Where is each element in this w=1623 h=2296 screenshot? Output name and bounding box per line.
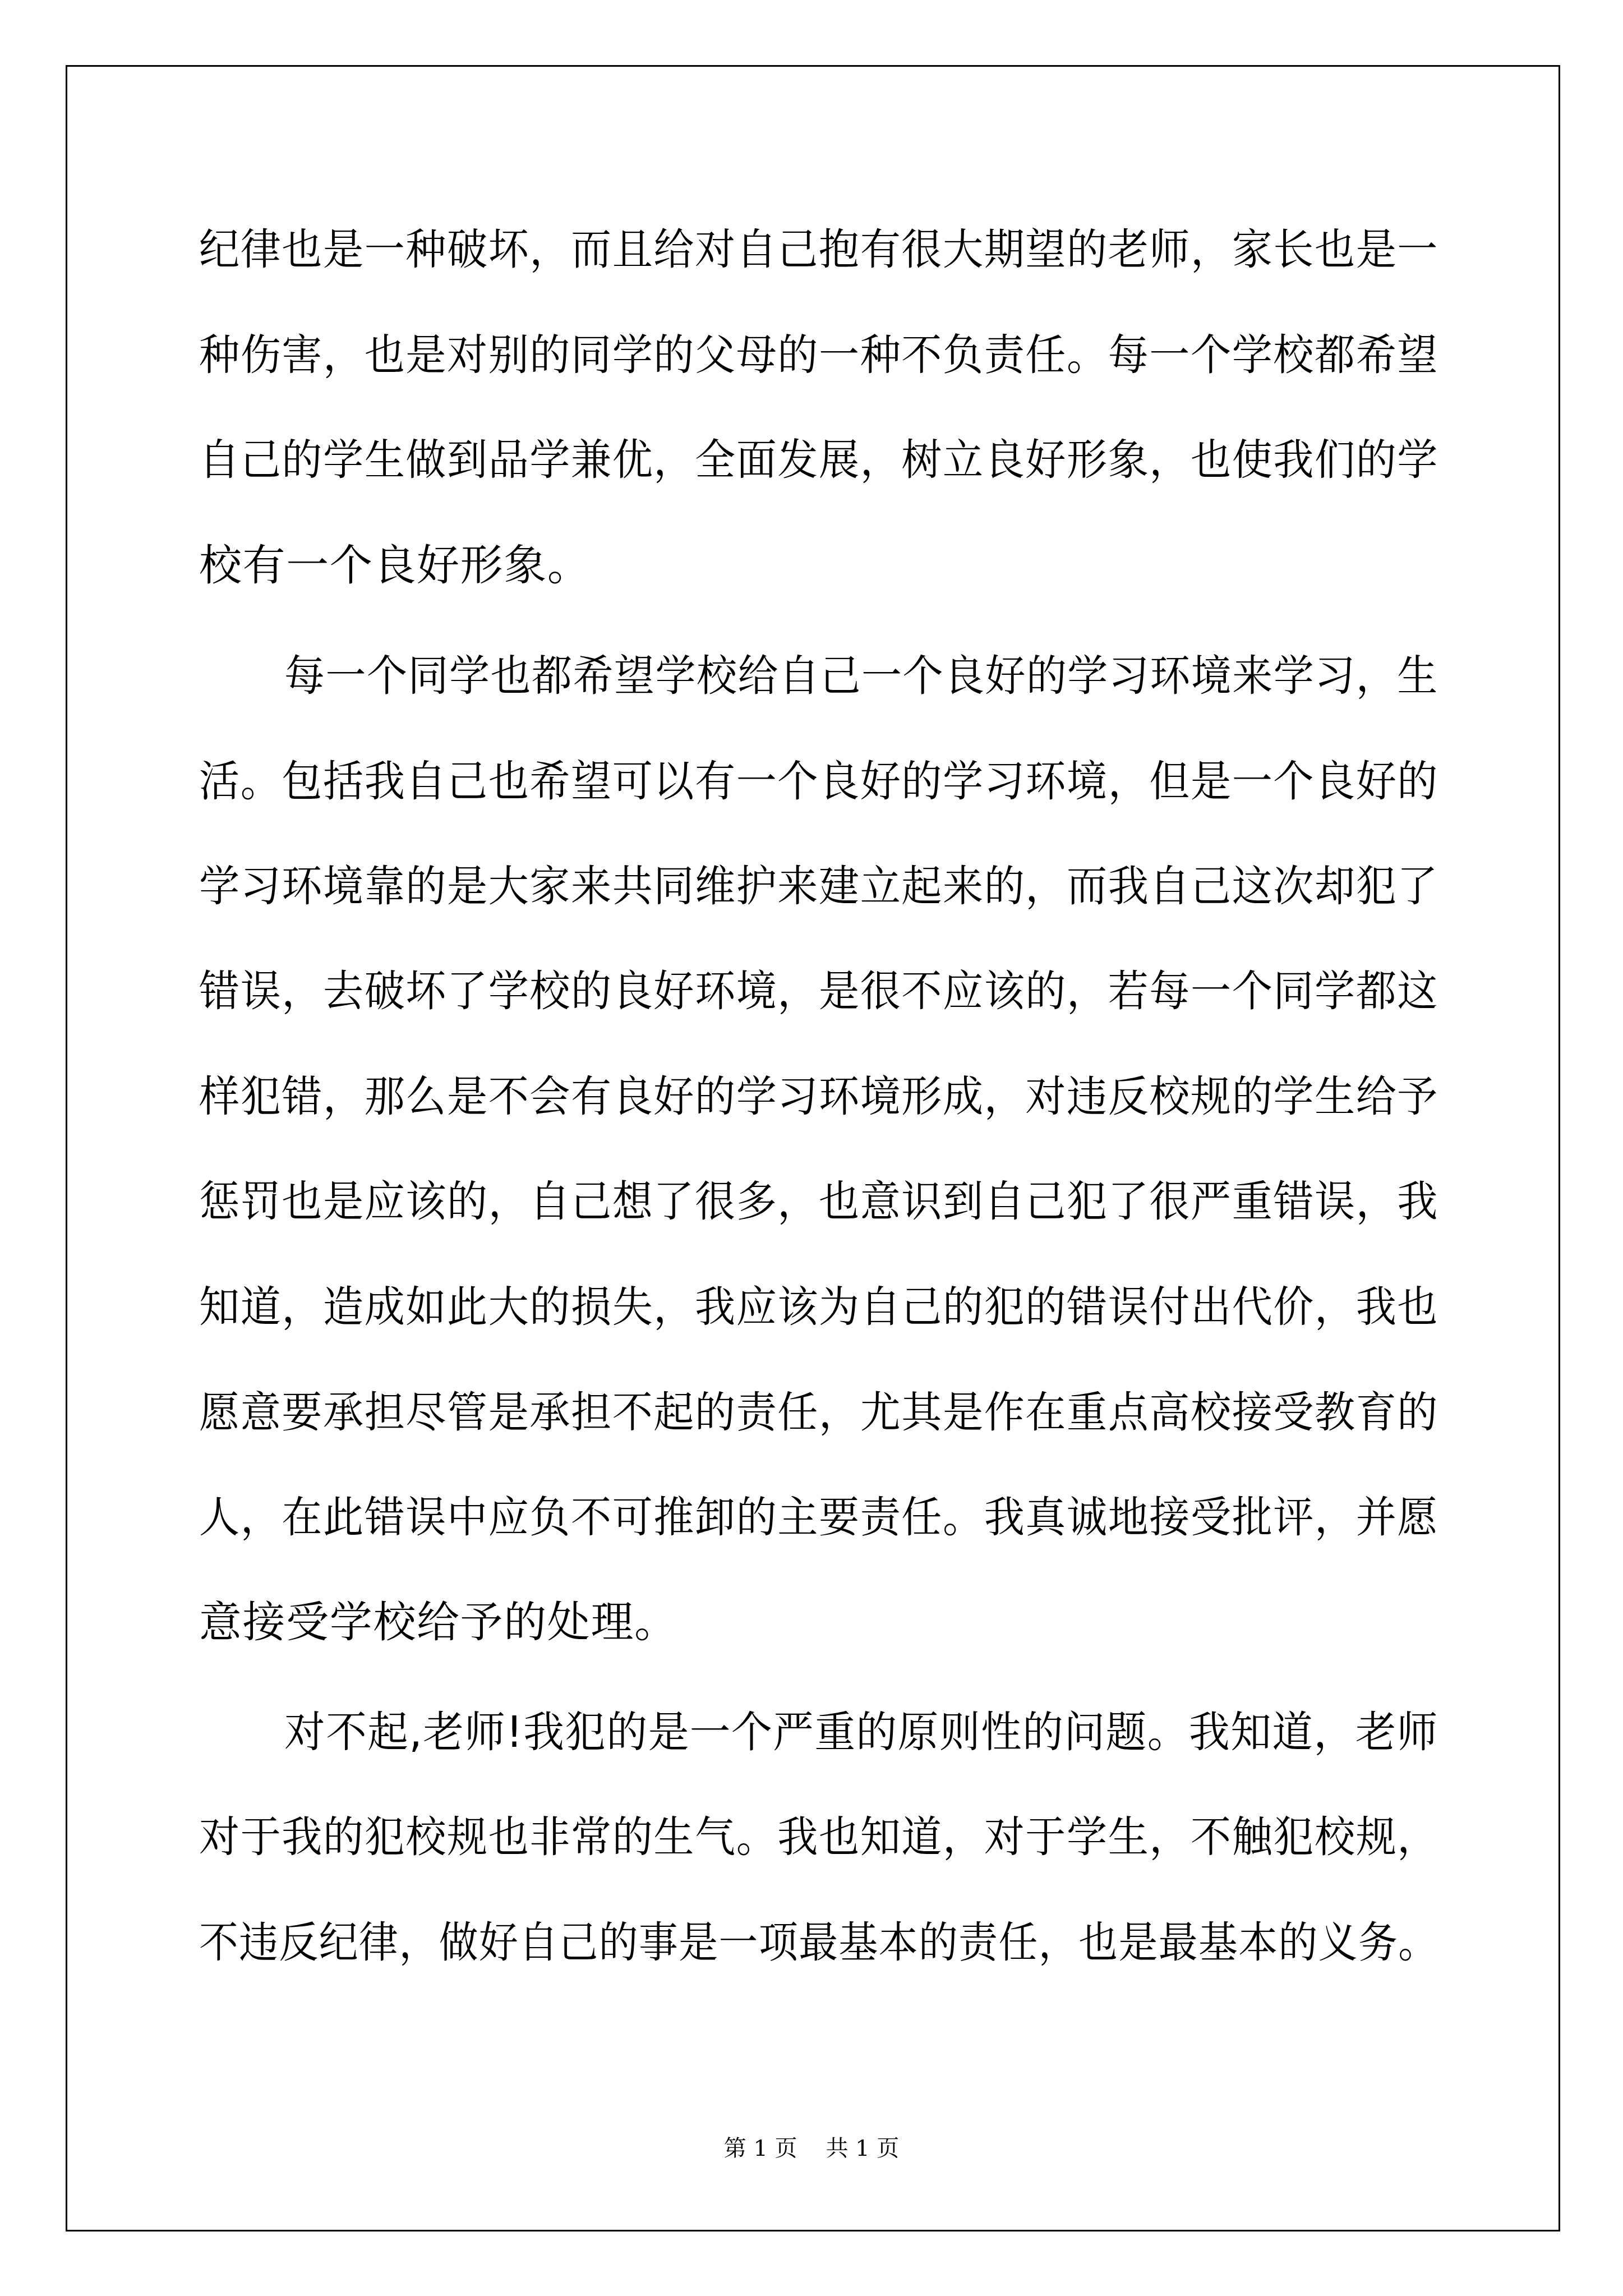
- paragraph-2-line-8: 愿意要承担尽管是承担不起的责任，尤其是作在重点高校接受教育的: [199, 1384, 1438, 1441]
- paragraph-3-line-2: 对于我的犯校规也非常的生气。我也知道，对于学生，不触犯校规，: [199, 1809, 1438, 1865]
- paragraph-2-line-7: 知道，造成如此大的损失，我应该为自己的犯的错误付出代价，我也: [199, 1279, 1438, 1335]
- paragraph-2-line-4: 错误，去破坏了学校的良好环境，是很不应该的，若每一个同学都这: [199, 963, 1438, 1019]
- paragraph-3-line-1: 对不起,老师!我犯的是一个严重的原则性的问题。我知道，老师: [284, 1704, 1438, 1760]
- paragraph-2-line-6: 惩罚也是应该的，自己想了很多，也意识到自己犯了很严重错误，我: [199, 1174, 1438, 1230]
- paragraph-1-line-4: 校有一个良好形象。: [199, 537, 591, 593]
- paragraph-1-line-3: 自己的学生做到品学兼优，全面发展，树立良好形象，也使我们的学: [199, 432, 1438, 488]
- paragraph-1-line-2: 种伤害，也是对别的同学的父母的一种不负责任。每一个学校都希望: [199, 327, 1438, 383]
- paragraph-1-line-1: 纪律也是一种破坏，而且给对自己抱有很大期望的老师，家长也是一: [199, 222, 1438, 278]
- paragraph-2-line-9: 人，在此错误中应负不可推卸的主要责任。我真诚地接受批评，并愿: [199, 1489, 1438, 1545]
- page-number-footer: 第 1 页 共 1 页: [0, 2132, 1623, 2165]
- paragraph-2-line-5: 样犯错，那么是不会有良好的学习环境形成，对违反校规的学生给予: [199, 1069, 1438, 1125]
- paragraph-2-line-1: 每一个同学也都希望学校给自己一个良好的学习环境来学习，生: [284, 648, 1438, 704]
- paragraph-2-line-3: 学习环境靠的是大家来共同维护来建立起来的，而我自己这次却犯了: [199, 858, 1438, 914]
- paragraph-3-line-3: 不违反纪律，做好自己的事是一项最基本的责任，也是最基本的义务。: [199, 1915, 1438, 1971]
- paragraph-2-line-10: 意接受学校给予的处理。: [199, 1594, 678, 1650]
- paragraph-2-line-2: 活。包括我自己也希望可以有一个良好的学习环境，但是一个良好的: [199, 753, 1438, 809]
- page-border: [66, 65, 1560, 2231]
